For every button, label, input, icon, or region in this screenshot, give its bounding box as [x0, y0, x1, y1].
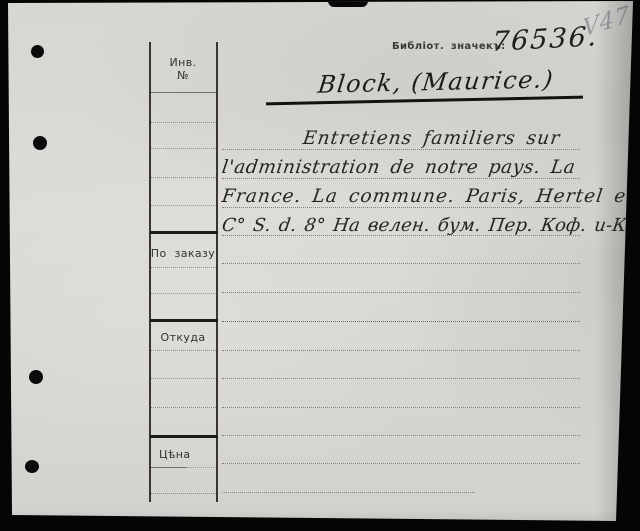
price-label: Цѣна — [149, 448, 217, 461]
ruled-line — [222, 378, 580, 379]
ruled-line — [222, 149, 580, 150]
form-line — [151, 205, 216, 206]
form-line — [151, 378, 216, 379]
ruled-line — [222, 407, 580, 408]
form-line — [151, 407, 216, 408]
punch-hole — [25, 460, 39, 473]
ruled-line — [222, 321, 580, 322]
form-section-divider — [150, 435, 218, 438]
author-name: Block, (Maurice.) — [316, 65, 555, 98]
ruled-line — [222, 207, 580, 208]
form-line — [151, 122, 216, 123]
scan-edge-artifact — [328, 0, 368, 7]
ruled-line — [222, 463, 580, 464]
ruled-line — [222, 350, 580, 351]
origin-label: Откуда — [149, 331, 217, 344]
form-line — [151, 467, 186, 468]
ruled-line — [222, 435, 580, 436]
form-line — [151, 177, 216, 178]
library-stamp-label: Библіот. значекъ: — [392, 41, 506, 52]
catalog-card: Инв. № По заказу Откуда Цѣна Библіот. зн… — [0, 0, 640, 531]
author-underline — [266, 96, 583, 106]
ruled-line — [222, 292, 580, 293]
ruled-line — [222, 263, 580, 264]
title-line: l'administration de notre pays. La — [221, 158, 577, 178]
pencil-corner-mark: V47 — [582, 2, 631, 43]
ruled-line — [222, 178, 580, 179]
inventory-label-line1: Инв. — [170, 56, 197, 69]
form-line — [151, 293, 216, 294]
form-line — [151, 267, 216, 268]
form-line — [151, 148, 216, 149]
form-line — [151, 350, 216, 351]
form-line — [151, 92, 216, 93]
inventory-label-line2: № — [177, 69, 189, 82]
form-column-left-border — [149, 42, 151, 502]
title-line: France. La commune. Paris, Hertel et — [221, 187, 637, 207]
punch-hole — [29, 370, 43, 384]
punch-hole — [31, 45, 44, 58]
ruled-line — [222, 492, 475, 493]
title-line: C° S. d. 8° На велен. бум. Пер. Коф. и-К… — [221, 216, 640, 236]
form-section-divider — [150, 319, 218, 322]
inventory-number-label: Инв. № — [149, 56, 217, 82]
form-section-divider — [150, 231, 218, 234]
title-line: Entretiens familiers sur — [302, 129, 562, 149]
form-line — [186, 467, 216, 468]
scanned-catalog-card-page: Инв. № По заказу Откуда Цѣна Библіот. зн… — [0, 0, 640, 531]
form-line — [151, 493, 216, 494]
punch-hole — [33, 136, 47, 150]
form-column-right-border — [216, 42, 218, 502]
by-order-label: По заказу — [149, 247, 217, 260]
